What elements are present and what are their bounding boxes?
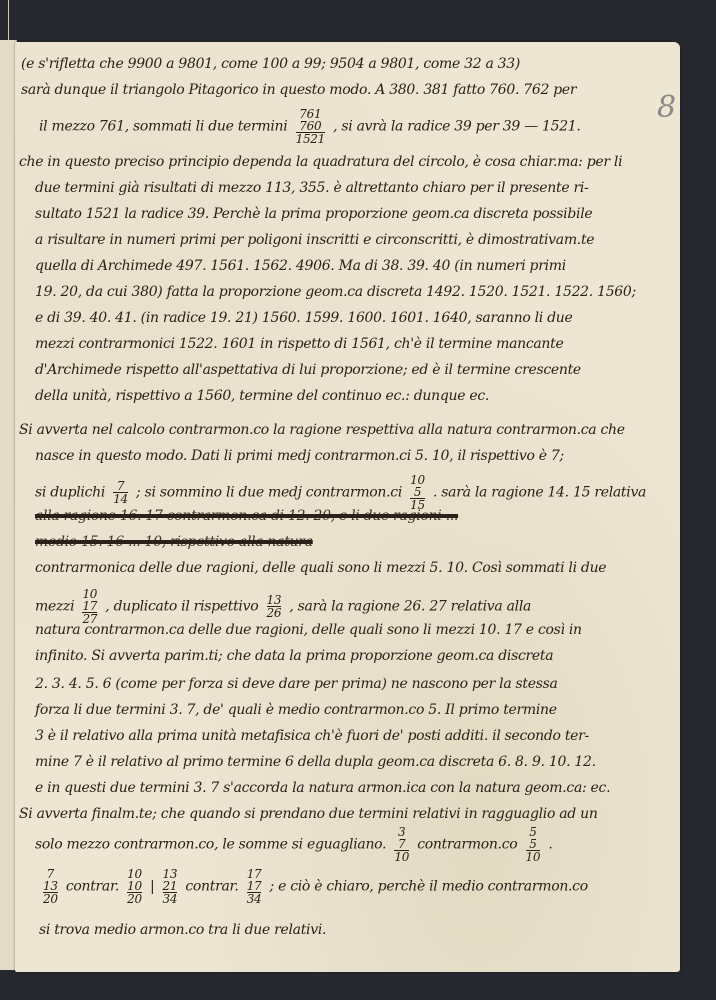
text-line: mezzi 101727 , duplicato il rispettivo 1… bbox=[35, 588, 531, 625]
struck-through-line: medio 15. 16 ... 10, rispettivo alla nat… bbox=[35, 534, 313, 550]
text-line: il mezzo 761, sommati li due termini 761… bbox=[39, 108, 581, 145]
text-line: 19. 20, da cui 380) fatta la proporzione… bbox=[35, 284, 636, 300]
text-line: Si avverta finalm.te; che quando si pren… bbox=[19, 806, 598, 822]
text-line: si trova medio armon.co tra li due relat… bbox=[39, 922, 326, 938]
folio-number: 8 bbox=[657, 90, 676, 125]
text-line: d'Archimede rispetto all'aspettativa di … bbox=[35, 362, 581, 378]
struck-through-line: alla ragione 16. 17 contrarmon.ca di 12.… bbox=[35, 508, 458, 524]
manuscript-page: 8 (e s'rifletta che 9900 a 9801, come 10… bbox=[15, 42, 680, 972]
fraction: 71320 bbox=[43, 868, 58, 905]
text-line: sultato 1521 la radice 39. Perchè la pri… bbox=[35, 206, 592, 222]
fraction: 3710 bbox=[394, 826, 409, 863]
fraction: 10515 bbox=[410, 474, 425, 511]
text-line: forza li due termini 3. 7, de' quali è m… bbox=[35, 702, 557, 718]
fraction: 5510 bbox=[526, 826, 541, 863]
text-line: contrarmonica delle due ragioni, delle q… bbox=[35, 560, 606, 576]
fraction: 101727 bbox=[82, 588, 97, 625]
fraction: 1326 bbox=[267, 594, 282, 619]
text-line: si duplichi 714 ; si sommino li due medj… bbox=[35, 474, 646, 511]
text-line: solo mezzo contrarmon.co, le somme si eg… bbox=[35, 826, 553, 863]
fraction: 171734 bbox=[247, 868, 262, 905]
fraction: 7617601521 bbox=[296, 108, 325, 145]
text-line: e di 39. 40. 41. (in radice 19. 21) 1560… bbox=[35, 310, 572, 326]
fraction: 714 bbox=[113, 480, 128, 505]
text-line: quella di Archimede 497. 1561. 1562. 490… bbox=[35, 258, 566, 274]
text-line: mine 7 è il relativo al primo termine 6 … bbox=[35, 754, 596, 770]
text-line: natura contrarmon.ca delle due ragioni, … bbox=[35, 622, 582, 638]
text-line: (e s'rifletta che 9900 a 9801, come 100 … bbox=[21, 56, 520, 72]
text-line: 3 è il relativo alla prima unità metafis… bbox=[35, 728, 589, 744]
fraction: 101020 bbox=[127, 868, 142, 905]
text-line: sarà dunque il triangolo Pitagorico in q… bbox=[21, 82, 576, 98]
text-line: 71320 contrar. 101020 | 132134 contrar. … bbox=[39, 868, 588, 905]
text-line: mezzi contrarmonici 1522. 1601 in rispet… bbox=[35, 336, 563, 352]
text-line: Si avverta nel calcolo contrarmon.co la … bbox=[19, 422, 625, 438]
fraction: 132134 bbox=[163, 868, 178, 905]
text-line: e in questi due termini 3. 7 s'accorda l… bbox=[35, 780, 610, 796]
text-line: 2. 3. 4. 5. 6 (come per forza si deve da… bbox=[35, 676, 558, 692]
text-line: che in questo preciso principio dependa … bbox=[19, 154, 622, 170]
text-line: nasce in questo modo. Dati li primi medj… bbox=[35, 448, 564, 464]
text-line: a risultare in numeri primi per poligoni… bbox=[35, 232, 594, 248]
text-line: della unità, rispettivo a 1560, termine … bbox=[35, 388, 489, 404]
text-line: due termini già risultati di mezzo 113, … bbox=[35, 180, 588, 196]
text-line: infinito. Si avverta parim.ti; che data … bbox=[35, 648, 553, 664]
